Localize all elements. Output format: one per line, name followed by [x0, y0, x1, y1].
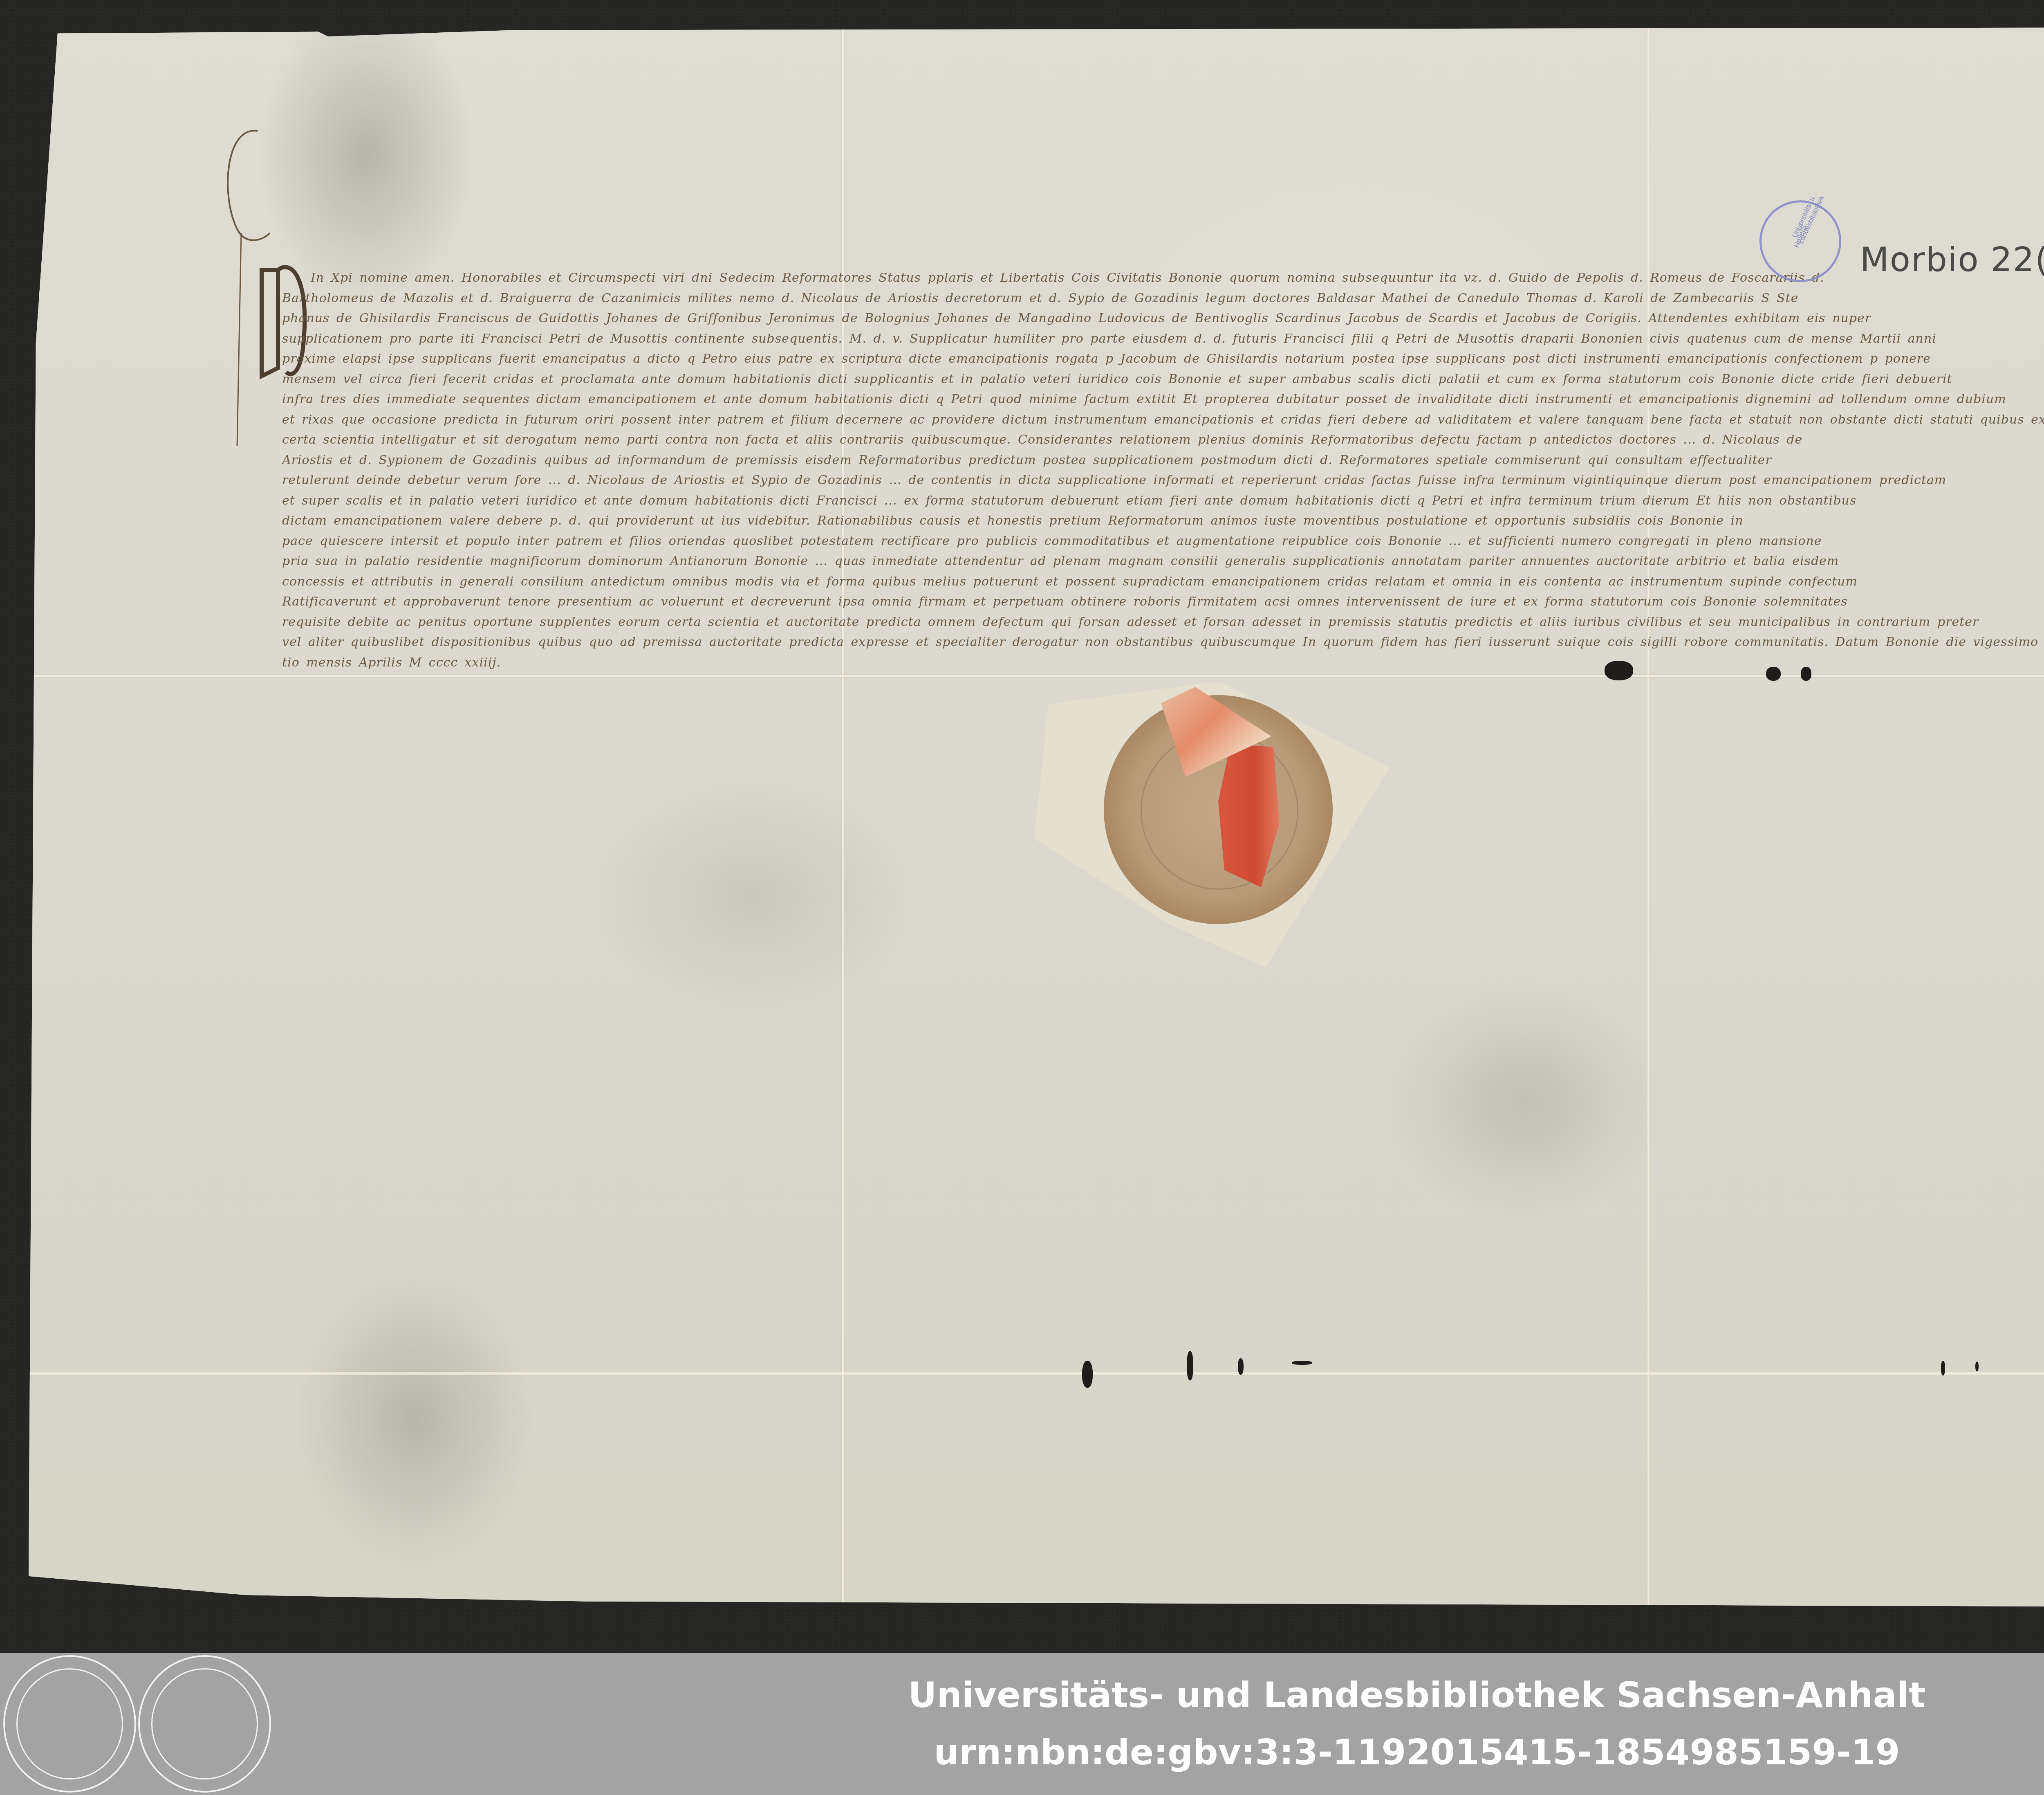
charter-date-line: tio mensis Aprilis M cccc xxiiij.	[282, 653, 650, 673]
charter-text-line: concessis et attributis in generali cons…	[282, 572, 2044, 592]
vertical-fold-line	[842, 27, 844, 1608]
ink-blot	[1975, 1362, 1979, 1371]
charter-text: In Xpi nomine amen. Honorabiles et Circu…	[282, 268, 2044, 673]
charter-text-line: et rixas que occasione predicta in futur…	[282, 410, 2044, 430]
charter-text-line: infra tres dies immediate sequentes dict…	[282, 389, 2044, 410]
urn-identifier: urn:nbn:de:gbv:3:3-1192015415-1854985159…	[0, 1732, 2044, 1773]
horizontal-fold-line	[29, 675, 2044, 677]
ink-blot	[1238, 1358, 1244, 1375]
charter-text-line: certa scientia intelligatur et sit derog…	[282, 430, 2044, 450]
institution-name: Universitäts- und Landesbibliothek Sachs…	[0, 1675, 2044, 1716]
vertical-fold-line	[1647, 27, 1650, 1608]
charter-text-line: et super scalis et in palatio veteri iur…	[282, 491, 2044, 511]
ink-blot	[1941, 1361, 1945, 1375]
charter-text-line: Bartholomeus de Mazolis et d. Braiguerra…	[282, 288, 2044, 309]
shelfmark: Morbio 22(10)	[1860, 240, 2044, 279]
charter-text-line: Ariostis et d. Sypionem de Gozadinis qui…	[282, 450, 2044, 471]
charter-text-line: vel aliter quibuslibet dispositionibus q…	[282, 632, 2044, 653]
charter-text-line: pria sua in palatio residentie magnifico…	[282, 551, 2044, 572]
ink-blot	[1082, 1361, 1093, 1388]
charter-text-line: phanus de Ghisilardis Franciscus de Guid…	[282, 308, 2044, 329]
charter-text-line: mensem vel circa fieri fecerit cridas et…	[282, 369, 2044, 390]
charter-text-line: supplicationem pro parte iti Francisci P…	[282, 329, 2044, 349]
horizontal-fold-line	[29, 1372, 2044, 1375]
library-ownership-stamp: Universitäts- u. Landesbibliothek Halle/…	[1759, 200, 1841, 282]
parchment-texture	[29, 27, 2044, 1608]
charter-text-line: Ratificaverunt et approbaverunt tenore p…	[282, 592, 2044, 612]
ink-blot	[1187, 1351, 1193, 1380]
charter-text-line: retulerunt deinde debetur verum fore ...…	[282, 470, 2044, 491]
charter-text-line: proxime elapsi ipse supplicans fuerit em…	[282, 349, 2044, 369]
parchment-charter	[29, 27, 2044, 1608]
charter-text-line: requisite debite ac penitus oportune sup…	[282, 612, 2044, 633]
charter-text-line: pace quiescere intersit et populo inter …	[282, 531, 2044, 552]
charter-text-line: dictam emancipationem valere debere p. d…	[282, 511, 2044, 531]
ink-blot	[1292, 1361, 1312, 1365]
digitization-footer	[0, 1653, 2044, 1795]
